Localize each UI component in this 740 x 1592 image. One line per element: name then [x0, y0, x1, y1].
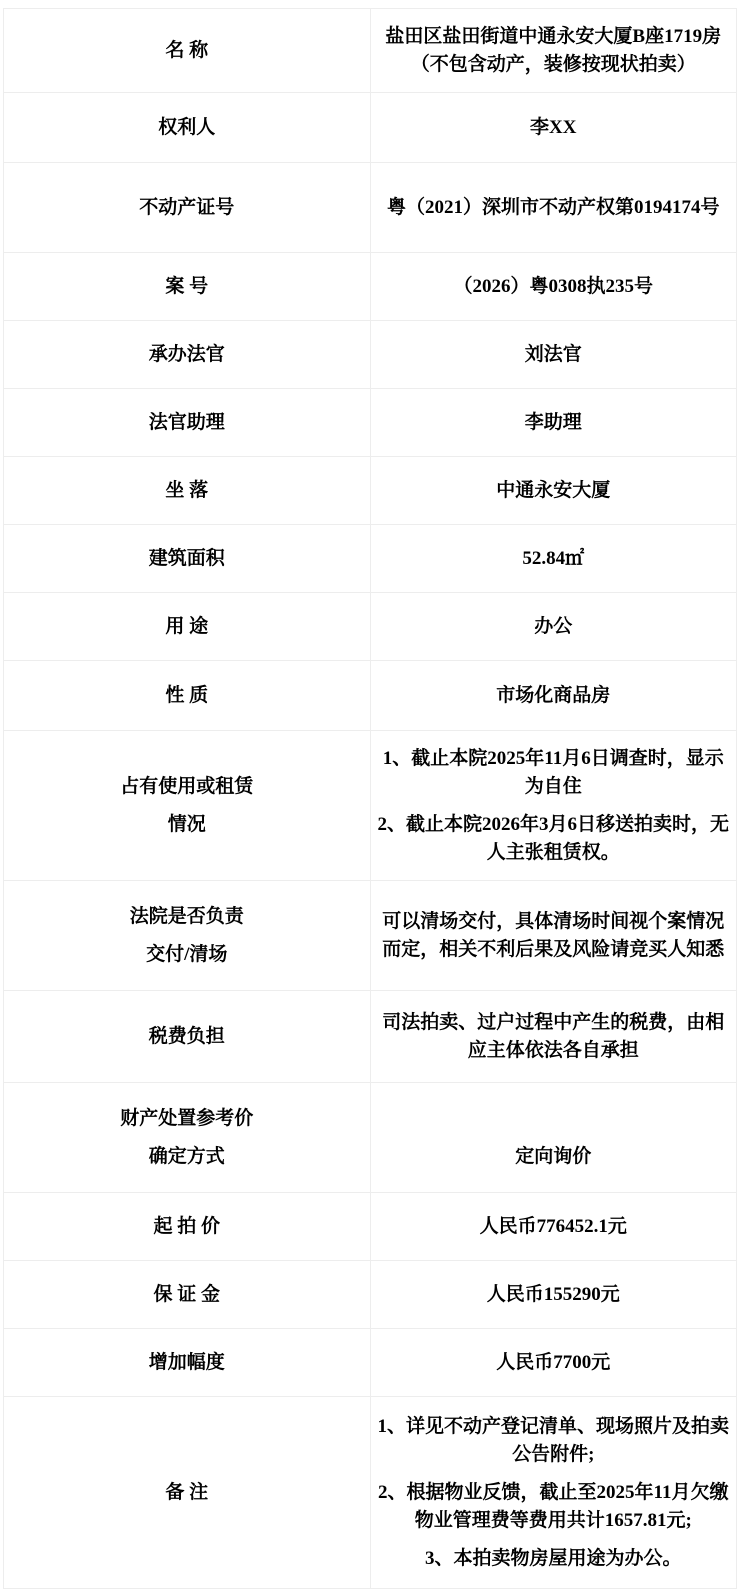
- value-cell: 办公: [370, 593, 737, 661]
- value-text: 定向询价: [375, 1143, 733, 1171]
- value-cell: 市场化商品房: [370, 661, 737, 731]
- row-judge-assistant: 法官助理 李助理: [4, 389, 737, 457]
- label-text: 不动产证号: [8, 194, 366, 222]
- label-text: 财产处置参考价: [8, 1105, 366, 1133]
- label-cell: 权利人: [4, 93, 371, 163]
- value-cell: 1、截止本院2025年11月6日调查时，显示为自住 2、截止本院2026年3月6…: [370, 731, 737, 881]
- value-text: 李XX: [375, 114, 733, 142]
- value-text: [375, 1105, 733, 1133]
- label-cell: 不动产证号: [4, 163, 371, 253]
- value-cell: 盐田区盐田街道中通永安大厦B座1719房（不包含动产，装修按现状拍卖）: [370, 9, 737, 93]
- value-cell: 中通永安大厦: [370, 457, 737, 525]
- label-text: 税费负担: [8, 1023, 366, 1051]
- label-text: 承办法官: [8, 341, 366, 369]
- row-reference-price-method: 财产处置参考价 确定方式 定向询价: [4, 1083, 737, 1193]
- value-text: 粤（2021）深圳市不动产权第0194174号: [375, 194, 733, 222]
- label-text: 法官助理: [8, 409, 366, 437]
- value-text: 3、本拍卖物房屋用途为办公。: [375, 1545, 733, 1573]
- label-cell: 增加幅度: [4, 1329, 371, 1397]
- row-floor-area: 建筑面积 52.84㎡: [4, 525, 737, 593]
- row-occupancy-or-lease: 占有使用或租赁 情况 1、截止本院2025年11月6日调查时，显示为自住 2、截…: [4, 731, 737, 881]
- value-text: 2、截止本院2026年3月6日移送拍卖时，无人主张租赁权。: [375, 811, 733, 867]
- value-text: 司法拍卖、过户过程中产生的税费，由相应主体依法各自承担: [375, 1009, 733, 1065]
- label-cell: 备 注: [4, 1397, 371, 1589]
- value-cell: 刘法官: [370, 321, 737, 389]
- row-property-cert-no: 不动产证号 粤（2021）深圳市不动产权第0194174号: [4, 163, 737, 253]
- label-text: 备 注: [8, 1479, 366, 1507]
- value-cell: （2026）粤0308执235号: [370, 253, 737, 321]
- value-text: 市场化商品房: [375, 682, 733, 710]
- label-text: 性 质: [8, 682, 366, 710]
- value-cell: 人民币155290元: [370, 1261, 737, 1329]
- row-court-clearance: 法院是否负责 交付/清场 可以清场交付，具体清场时间视个案情况而定，相关不利后果…: [4, 881, 737, 991]
- value-cell: 粤（2021）深圳市不动产权第0194174号: [370, 163, 737, 253]
- value-text: 52.84㎡: [375, 545, 733, 573]
- row-nature: 性 质 市场化商品房: [4, 661, 737, 731]
- label-text: 增加幅度: [8, 1349, 366, 1377]
- label-cell: 保 证 金: [4, 1261, 371, 1329]
- row-remarks: 备 注 1、详见不动产登记清单、现场照片及拍卖公告附件; 2、根据物业反馈，截止…: [4, 1397, 737, 1589]
- label-cell: 法官助理: [4, 389, 371, 457]
- label-cell: 性 质: [4, 661, 371, 731]
- value-cell: 人民币7700元: [370, 1329, 737, 1397]
- label-cell: 坐 落: [4, 457, 371, 525]
- label-text: 保 证 金: [8, 1281, 366, 1309]
- value-text: 可以清场交付，具体清场时间视个案情况而定，相关不利后果及风险请竞买人知悉: [375, 908, 733, 964]
- row-judge: 承办法官 刘法官: [4, 321, 737, 389]
- value-text: 2、根据物业反馈，截止至2025年11月欠缴物业管理费等费用共计1657.81元…: [375, 1479, 733, 1535]
- value-text: （2026）粤0308执235号: [375, 273, 733, 301]
- value-cell: 人民币776452.1元: [370, 1193, 737, 1261]
- value-cell: 可以清场交付，具体清场时间视个案情况而定，相关不利后果及风险请竞买人知悉: [370, 881, 737, 991]
- value-text: 人民币776452.1元: [375, 1213, 733, 1241]
- value-text: 人民币155290元: [375, 1281, 733, 1309]
- label-cell: 法院是否负责 交付/清场: [4, 881, 371, 991]
- value-text: 1、详见不动产登记清单、现场照片及拍卖公告附件;: [375, 1413, 733, 1469]
- label-cell: 财产处置参考价 确定方式: [4, 1083, 371, 1193]
- label-cell: 税费负担: [4, 991, 371, 1083]
- row-right-holder: 权利人 李XX: [4, 93, 737, 163]
- label-text: 法院是否负责: [8, 903, 366, 931]
- value-cell: 司法拍卖、过户过程中产生的税费，由相应主体依法各自承担: [370, 991, 737, 1083]
- label-text: 名 称: [8, 37, 366, 65]
- value-cell: 1、详见不动产登记清单、现场照片及拍卖公告附件; 2、根据物业反馈，截止至202…: [370, 1397, 737, 1589]
- label-text: 建筑面积: [8, 545, 366, 573]
- value-text: 中通永安大厦: [375, 477, 733, 505]
- row-deposit: 保 证 金 人民币155290元: [4, 1261, 737, 1329]
- row-bid-increment: 增加幅度 人民币7700元: [4, 1329, 737, 1397]
- value-text: 李助理: [375, 409, 733, 437]
- label-text: 确定方式: [8, 1143, 366, 1171]
- value-text: 刘法官: [375, 341, 733, 369]
- value-text: 办公: [375, 613, 733, 641]
- label-text: 坐 落: [8, 477, 366, 505]
- label-cell: 建筑面积: [4, 525, 371, 593]
- label-cell: 承办法官: [4, 321, 371, 389]
- value-cell: 李XX: [370, 93, 737, 163]
- label-cell: 占有使用或租赁 情况: [4, 731, 371, 881]
- label-text: 占有使用或租赁: [8, 773, 366, 801]
- row-starting-price: 起 拍 价 人民币776452.1元: [4, 1193, 737, 1261]
- value-text: 人民币7700元: [375, 1349, 733, 1377]
- label-text: 案 号: [8, 273, 366, 301]
- row-tax-burden: 税费负担 司法拍卖、过户过程中产生的税费，由相应主体依法各自承担: [4, 991, 737, 1083]
- label-cell: 用 途: [4, 593, 371, 661]
- property-info-table: 名 称 盐田区盐田街道中通永安大厦B座1719房（不包含动产，装修按现状拍卖） …: [3, 8, 737, 1589]
- label-text: 情况: [8, 811, 366, 839]
- label-cell: 名 称: [4, 9, 371, 93]
- value-cell: 定向询价: [370, 1083, 737, 1193]
- row-case-no: 案 号 （2026）粤0308执235号: [4, 253, 737, 321]
- label-text: 权利人: [8, 114, 366, 142]
- value-cell: 李助理: [370, 389, 737, 457]
- label-cell: 起 拍 价: [4, 1193, 371, 1261]
- label-text: 交付/清场: [8, 941, 366, 969]
- row-property-name: 名 称 盐田区盐田街道中通永安大厦B座1719房（不包含动产，装修按现状拍卖）: [4, 9, 737, 93]
- value-text: 盐田区盐田街道中通永安大厦B座1719房（不包含动产，装修按现状拍卖）: [375, 23, 733, 79]
- row-usage: 用 途 办公: [4, 593, 737, 661]
- label-text: 起 拍 价: [8, 1213, 366, 1241]
- value-text: 1、截止本院2025年11月6日调查时，显示为自住: [375, 745, 733, 801]
- label-cell: 案 号: [4, 253, 371, 321]
- label-text: 用 途: [8, 613, 366, 641]
- value-cell: 52.84㎡: [370, 525, 737, 593]
- row-location: 坐 落 中通永安大厦: [4, 457, 737, 525]
